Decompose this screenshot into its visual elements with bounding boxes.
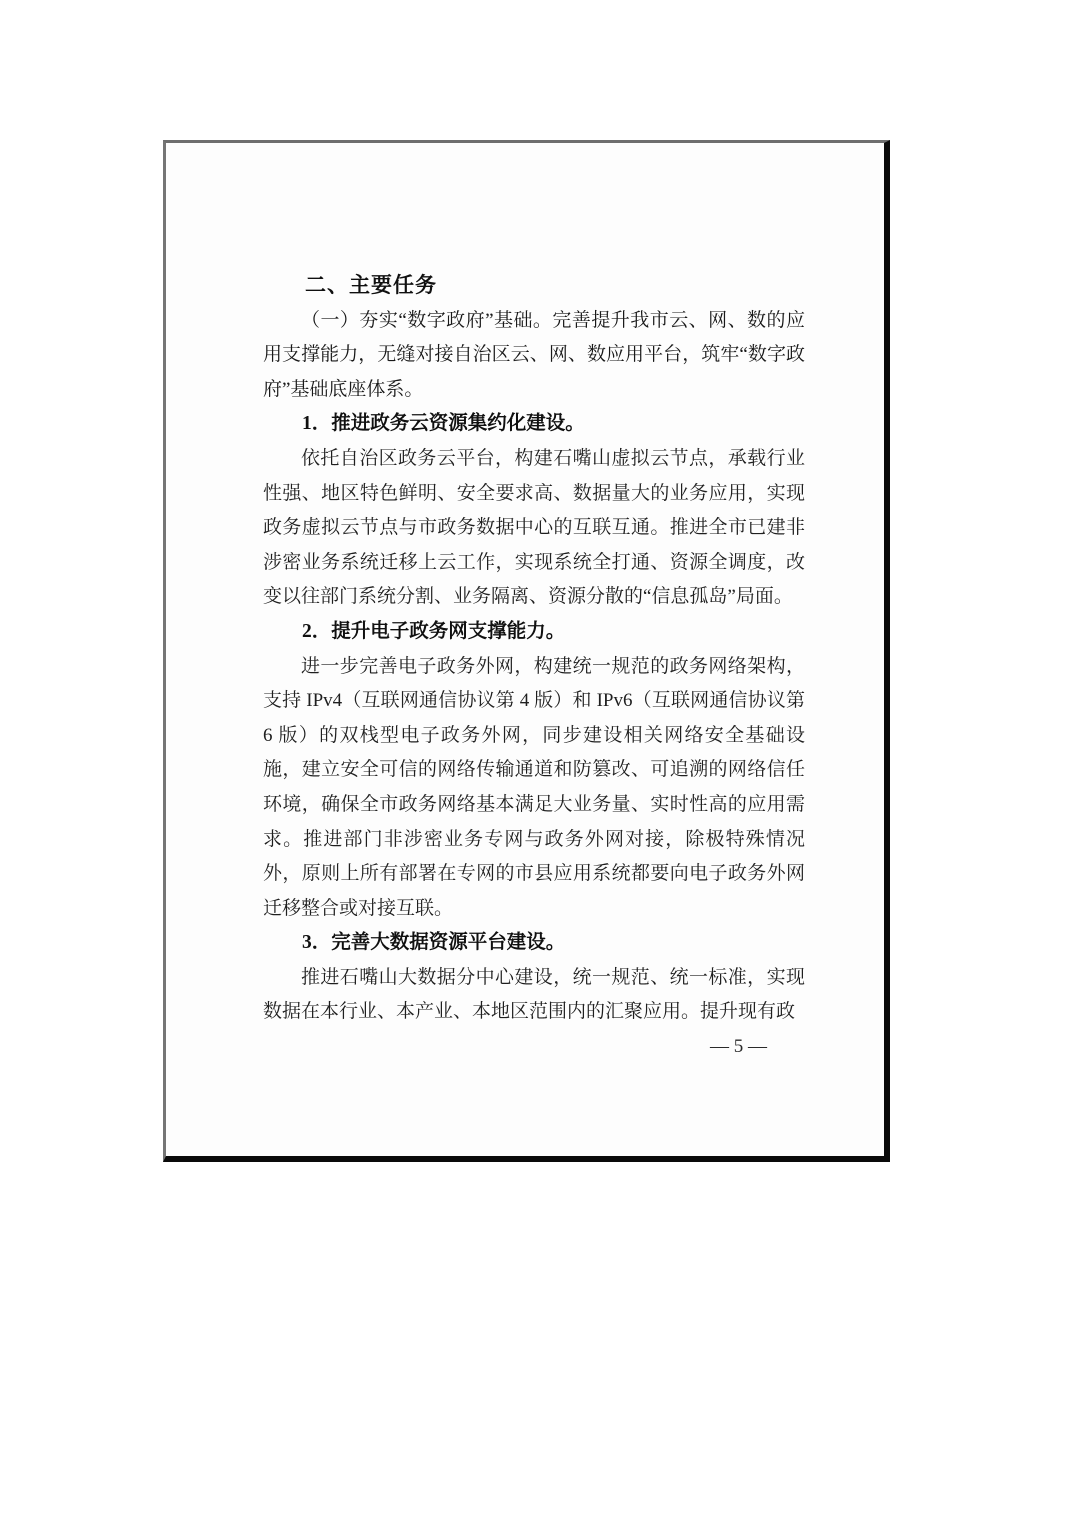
page-content: 二、主要任务 （一）夯实“数字政府”基础。完善提升我市云、网、数的应用支撑能力，… (263, 269, 805, 1065)
task-2-heading: 2．提升电子政务网支撑能力。 (263, 615, 805, 650)
document-viewer: 二、主要任务 （一）夯实“数字政府”基础。完善提升我市云、网、数的应用支撑能力，… (0, 0, 1074, 1520)
task-2-body: 进一步完善电子政务外网，构建统一规范的政务网络架构，支持 IPv4（互联网通信协… (263, 650, 805, 927)
section-heading: 二、主要任务 (263, 269, 805, 304)
overview-paragraph: （一）夯实“数字政府”基础。完善提升我市云、网、数的应用支撑能力，无缝对接自治区… (263, 304, 805, 408)
document-page: 二、主要任务 （一）夯实“数字政府”基础。完善提升我市云、网、数的应用支撑能力，… (163, 140, 890, 1162)
page-number: — 5 — (263, 1030, 805, 1065)
task-3-heading: 3．完善大数据资源平台建设。 (263, 926, 805, 961)
task-1-heading: 1．推进政务云资源集约化建设。 (263, 407, 805, 442)
task-1-body: 依托自治区政务云平台，构建石嘴山虚拟云节点，承载行业性强、地区特色鲜明、安全要求… (263, 442, 805, 615)
task-3-body: 推进石嘴山大数据分中心建设，统一规范、统一标准，实现数据在本行业、本产业、本地区… (263, 961, 805, 1030)
